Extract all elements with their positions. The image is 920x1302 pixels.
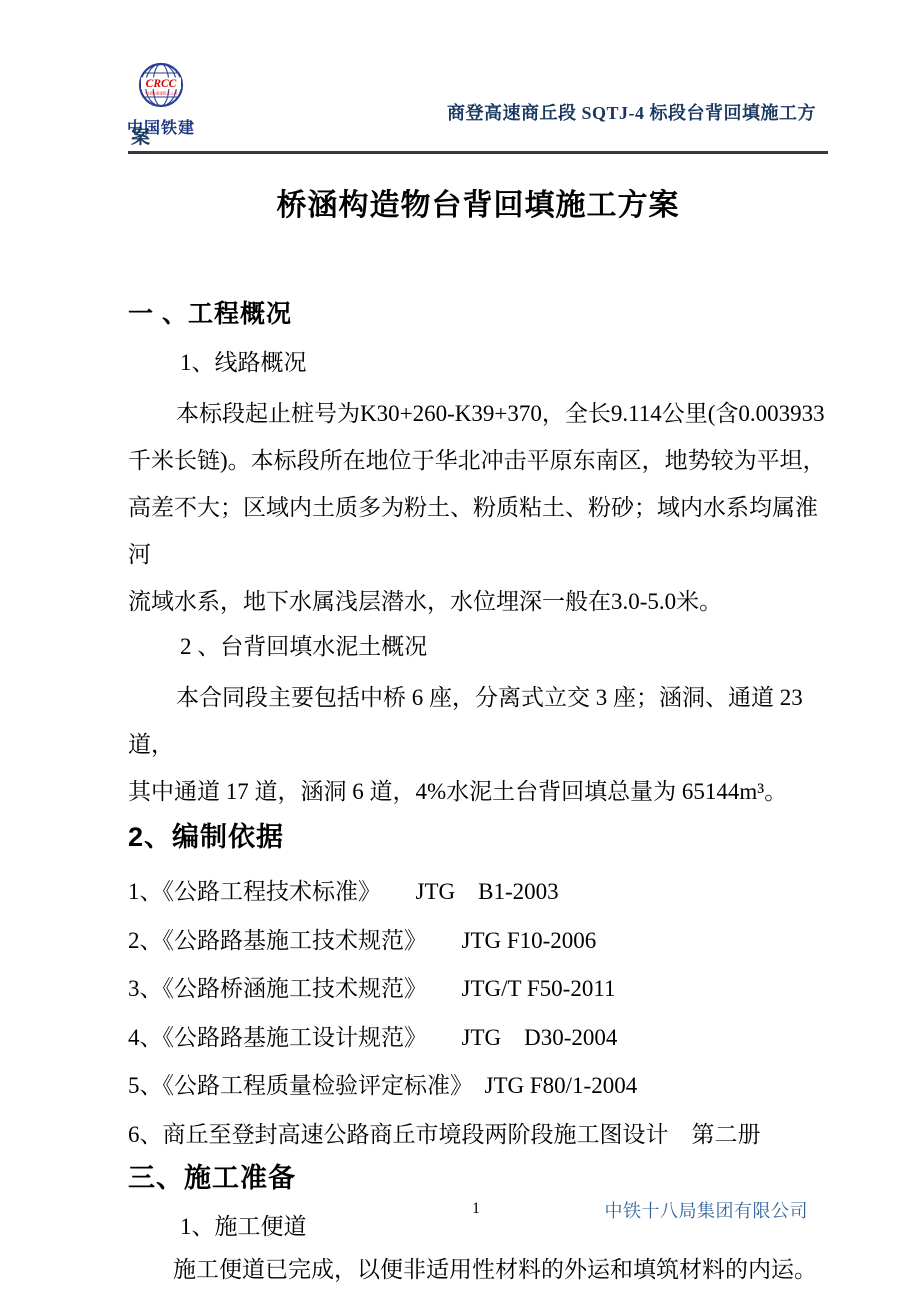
header-rule [128, 151, 828, 154]
reference-item: 2、《公路路基施工技术规范》 JTG F10-2006 [128, 917, 828, 966]
paragraph-line: 流域水系，地下水属浅层潜水，水位埋深一般在3.0-5.0米。 [128, 578, 828, 625]
reference-item: 5、《公路工程质量检验评定标准》 JTG F80/1-2004 [128, 1062, 828, 1111]
footer-company-name: 中铁十八局集团有限公司 [605, 1197, 809, 1223]
section1-paragraph2: 本合同段主要包括中桥 6 座，分离式立交 3 座；涵洞、通道 23 道， 其中通… [128, 674, 828, 815]
reference-item: 6、商丘至登封高速公路商丘市境段两阶段施工图设计 第二册 [128, 1111, 828, 1160]
paragraph-line: 本合同段主要包括中桥 6 座，分离式立交 3 座；涵洞、通道 23 道， [128, 674, 828, 768]
header-doc-title: 商登高速商丘段 SQTJ-4 标段台背回填施工方 [447, 99, 816, 125]
section2-heading: 2、编制依据 [128, 819, 828, 856]
page-number: 1 [472, 1200, 480, 1218]
reference-item: 4、《公路路基施工设计规范》 JTG D30-2004 [128, 1014, 828, 1063]
section1-heading: 一 、工程概况 [128, 298, 828, 331]
logo-acronym: CRCC [146, 78, 177, 90]
paragraph-line: 千米长链)。本标段所在地位于华北冲击平原东南区，地势较为平坦， [128, 437, 828, 484]
paragraph-line: 高差不大；区域内土质多为粉土、粉质粘土、粉砂；域内水系均属淮河 [128, 484, 828, 578]
reference-item: 1、《公路工程技术标准》 JTG B1-2003 [128, 868, 828, 917]
reference-list: 1、《公路工程技术标准》 JTG B1-2003 2、《公路路基施工技术规范》 … [128, 868, 828, 1159]
section3-paragraph: 施工便道已完成，以便非适用性材料的外运和填筑材料的内运。 [128, 1254, 828, 1285]
page-footer: 1 中铁十八局集团有限公司 [0, 1197, 920, 1227]
section1-paragraph1: 本标段起止桩号为K30+260-K39+370，全长9.114公里(含0.003… [128, 390, 828, 625]
reference-item: 3、《公路桥涵施工技术规范》 JTG/T F50-2011 [128, 965, 828, 1014]
logo-subtext: 中国铁道建筑总公司 [145, 91, 178, 96]
globe-logo-icon: CRCC 中国铁道建筑总公司 [137, 61, 185, 109]
section1-sub2: 2 、台背回填水泥土概况 [128, 631, 828, 662]
document-page: CRCC 中国铁道建筑总公司 中国铁建 商登高速商丘段 SQTJ-4 标段台背回… [0, 0, 920, 1302]
section1-sub1: 1、线路概况 [128, 347, 828, 378]
paragraph-line: 本标段起止桩号为K30+260-K39+370，全长9.114公里(含0.003… [128, 390, 828, 437]
paragraph-line: 其中通道 17 道，涵洞 6 道，4%水泥土台背回填总量为 65144m³。 [128, 768, 828, 815]
section3-heading: 三、施工准备 [128, 1160, 828, 1197]
document-body: 桥涵构造物台背回填施工方案 一 、工程概况 1、线路概况 本标段起止桩号为K30… [0, 0, 920, 1285]
header-doc-title-carry: 案 [131, 122, 150, 149]
